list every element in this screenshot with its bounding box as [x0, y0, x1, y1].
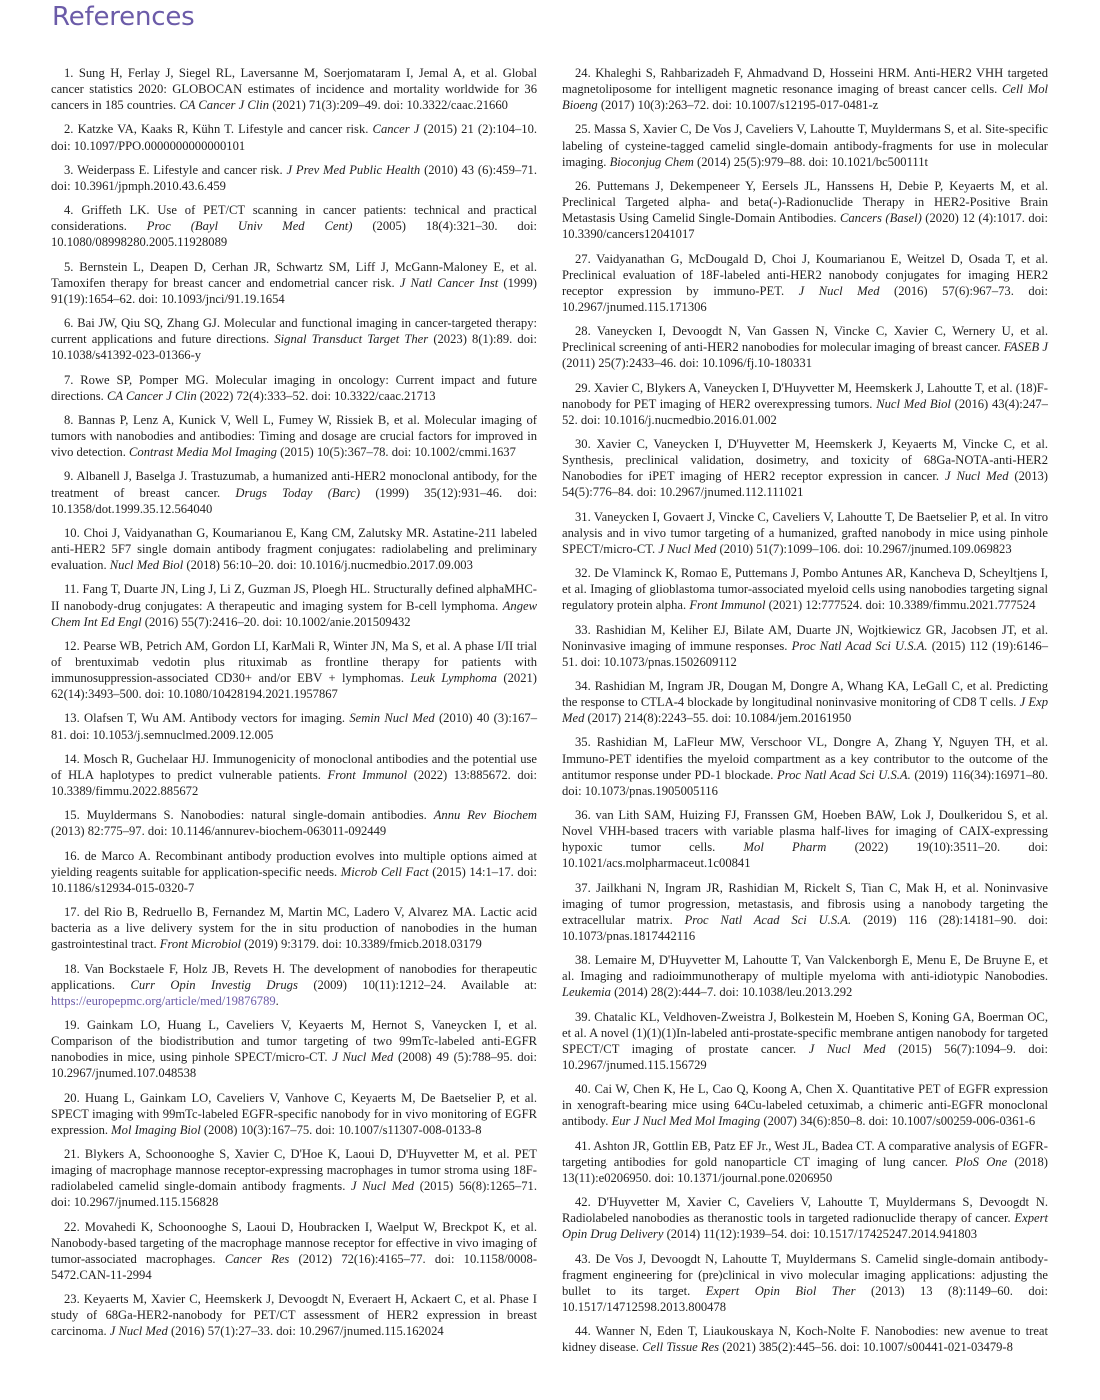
- reference-number: 35.: [575, 735, 591, 749]
- reference-item: 36. van Lith SAM, Huizing FJ, Franssen G…: [562, 807, 1048, 871]
- reference-journal: PloS One: [955, 1155, 1007, 1169]
- reference-details: (2016) 57(1):27–33. doi: 10.2967/jnumed.…: [171, 1324, 444, 1338]
- reference-item: 28. Vaneycken I, Devoogdt N, Van Gassen …: [562, 323, 1048, 371]
- reference-journal: Curr Opin Investig Drugs: [130, 978, 297, 992]
- reference-item: 20. Huang L, Gainkam LO, Caveliers V, Va…: [51, 1090, 537, 1138]
- reference-details: (2017) 10(3):263–72. doi: 10.1007/s12195…: [601, 98, 878, 112]
- reference-details: (2010) 51(7):1099–106. doi: 10.2967/jnum…: [720, 542, 1012, 556]
- reference-number: 38.: [575, 953, 591, 967]
- reference-item: 43. De Vos J, Devoogdt N, Lahoutte T, Mu…: [562, 1251, 1048, 1315]
- reference-journal: Mol Imaging Biol: [111, 1123, 201, 1137]
- reference-item: 14. Mosch R, Guchelaar HJ. Immunogenicit…: [51, 751, 537, 799]
- reference-number: 19.: [64, 1018, 80, 1032]
- reference-details: (2018) 56:10–20. doi: 10.1016/j.nucmedbi…: [186, 558, 473, 572]
- reference-number: 27.: [575, 252, 591, 266]
- reference-number: 14.: [64, 752, 80, 766]
- reference-journal: Microb Cell Fact: [341, 865, 429, 879]
- reference-item: 7. Rowe SP, Pomper MG. Molecular imaging…: [51, 372, 537, 404]
- reference-item: 31. Vaneycken I, Govaert J, Vincke C, Ca…: [562, 509, 1048, 557]
- reference-journal: Contrast Media Mol Imaging: [129, 445, 277, 459]
- references-column-left: 1. Sung H, Ferlay J, Siegel RL, Laversan…: [51, 65, 537, 1348]
- reference-item: 19. Gainkam LO, Huang L, Caveliers V, Ke…: [51, 1017, 537, 1081]
- reference-details: (2014) 25(5):979–88. doi: 10.1021/bc5001…: [697, 155, 928, 169]
- reference-number: 12.: [64, 639, 80, 653]
- reference-journal: J Nucl Med: [945, 469, 1009, 483]
- reference-journal: Nucl Med Biol: [110, 558, 183, 572]
- reference-item: 9. Albanell J, Baselga J. Trastuzumab, a…: [51, 468, 537, 516]
- reference-number: 1.: [64, 66, 73, 80]
- reference-details: (2007) 34(6):850–8. doi: 10.1007/s00259-…: [763, 1114, 1035, 1128]
- reference-number: 30.: [575, 437, 591, 451]
- reference-details: (2014) 28(2):444–7. doi: 10.1038/leu.201…: [614, 985, 852, 999]
- reference-journal: Signal Transduct Target Ther: [274, 332, 428, 346]
- reference-number: 3.: [64, 163, 73, 177]
- reference-item: 18. Van Bockstaele F, Holz JB, Revets H.…: [51, 961, 537, 1009]
- reference-item: 42. D'Huyvetter M, Xavier C, Caveliers V…: [562, 1194, 1048, 1242]
- reference-number: 11.: [64, 582, 79, 596]
- reference-tail: .: [276, 994, 279, 1008]
- reference-text: Khaleghi S, Rahbarizadeh F, Ahmadvand D,…: [562, 66, 1048, 96]
- reference-journal: J Nucl Med: [110, 1324, 168, 1338]
- reference-details: (2017) 214(8):2243–55. doi: 10.1084/jem.…: [588, 711, 852, 725]
- reference-item: 6. Bai JW, Qiu SQ, Zhang GJ. Molecular a…: [51, 315, 537, 363]
- reference-journal: J Nucl Med: [799, 284, 880, 298]
- reference-journal: Cancer Res: [225, 1252, 289, 1266]
- reference-number: 15.: [64, 808, 80, 822]
- reference-text: Fang T, Duarte JN, Ling J, Li Z, Guzman …: [51, 582, 537, 612]
- reference-number: 17.: [64, 905, 80, 919]
- reference-item: 40. Cai W, Chen K, He L, Cao Q, Koong A,…: [562, 1081, 1048, 1129]
- reference-item: 34. Rashidian M, Ingram JR, Dougan M, Do…: [562, 678, 1048, 726]
- reference-journal: Drugs Today (Barc): [235, 486, 360, 500]
- reference-item: 5. Bernstein L, Deapen D, Cerhan JR, Sch…: [51, 259, 537, 307]
- reference-journal: Leuk Lymphoma: [410, 671, 497, 685]
- page-title: References: [52, 2, 194, 32]
- reference-text: D'Huyvetter M, Xavier C, Caveliers V, La…: [562, 1195, 1048, 1225]
- reference-journal: Cancers (Basel): [840, 211, 922, 225]
- reference-item: 41. Ashton JR, Gottlin EB, Patz EF Jr., …: [562, 1138, 1048, 1186]
- reference-details: (2014) 11(12):1939–54. doi: 10.1517/1742…: [667, 1227, 978, 1241]
- reference-item: 38. Lemaire M, D'Huyvetter M, Lahoutte T…: [562, 952, 1048, 1000]
- reference-item: 23. Keyaerts M, Xavier C, Heemskerk J, D…: [51, 1291, 537, 1339]
- reference-text: Rashidian M, Ingram JR, Dougan M, Dongre…: [562, 679, 1048, 709]
- reference-number: 28.: [575, 324, 591, 338]
- reference-number: 26.: [575, 179, 591, 193]
- reference-item: 44. Wanner N, Eden T, Liaukouskaya N, Ko…: [562, 1323, 1048, 1355]
- reference-number: 29.: [575, 381, 591, 395]
- reference-journal: Proc (Bayl Univ Med Cent): [147, 219, 353, 233]
- reference-text: Lemaire M, D'Huyvetter M, Lahoutte T, Va…: [562, 953, 1048, 983]
- reference-item: 15. Muyldermans S. Nanobodies: natural s…: [51, 807, 537, 839]
- reference-details: (2008) 10(3):167–75. doi: 10.1007/s11307…: [204, 1123, 482, 1137]
- reference-journal: Front Microbiol: [160, 937, 241, 951]
- reference-journal: Proc Natl Acad Sci U.S.A.: [792, 639, 928, 653]
- reference-journal: Mol Pharm: [744, 840, 827, 854]
- reference-item: 26. Puttemans J, Dekempeneer Y, Eersels …: [562, 178, 1048, 242]
- reference-details: (2021) 71(3):209–49. doi: 10.3322/caac.2…: [272, 98, 508, 112]
- reference-details: (2011) 25(7):2433–46. doi: 10.1096/fj.10…: [562, 356, 812, 370]
- reference-item: 10. Choi J, Vaidyanathan G, Koumarianou …: [51, 525, 537, 573]
- reference-number: 34.: [575, 679, 591, 693]
- reference-item: 24. Khaleghi S, Rahbarizadeh F, Ahmadvan…: [562, 65, 1048, 113]
- reference-journal: Front Immunol: [328, 768, 408, 782]
- reference-journal: Proc Natl Acad Sci U.S.A.: [685, 913, 852, 927]
- reference-item: 39. Chatalic KL, Veldhoven-Zweistra J, B…: [562, 1009, 1048, 1073]
- reference-item: 22. Movahedi K, Schoonooghe S, Laoui D, …: [51, 1219, 537, 1283]
- reference-number: 41.: [575, 1139, 591, 1153]
- reference-journal: FASEB J: [1004, 340, 1048, 354]
- reference-item: 35. Rashidian M, LaFleur MW, Verschoor V…: [562, 734, 1048, 798]
- reference-journal: J Natl Cancer Inst: [400, 276, 499, 290]
- reference-journal: Proc Natl Acad Sci U.S.A.: [777, 768, 911, 782]
- reference-number: 44.: [575, 1324, 591, 1338]
- reference-number: 32.: [575, 566, 591, 580]
- reference-journal: CA Cancer J Clin: [179, 98, 269, 112]
- reference-number: 33.: [575, 623, 591, 637]
- reference-number: 43.: [575, 1252, 591, 1266]
- reference-journal: J Nucl Med: [351, 1179, 414, 1193]
- reference-details: (2021) 385(2):445–56. doi: 10.1007/s0044…: [722, 1340, 1013, 1354]
- reference-details: (2016) 55(7):2416–20. doi: 10.1002/anie.…: [145, 615, 411, 629]
- reference-item: 11. Fang T, Duarte JN, Ling J, Li Z, Guz…: [51, 581, 537, 629]
- reference-number: 40.: [575, 1082, 591, 1096]
- reference-number: 8.: [64, 413, 73, 427]
- reference-link[interactable]: https://europepmc.org/article/med/198767…: [51, 994, 276, 1008]
- reference-number: 5.: [64, 260, 73, 274]
- reference-number: 25.: [575, 122, 591, 136]
- reference-item: 16. de Marco A. Recombinant antibody pro…: [51, 848, 537, 896]
- reference-number: 24.: [575, 66, 591, 80]
- reference-journal: Leukemia: [562, 985, 611, 999]
- reference-item: 32. De Vlaminck K, Romao E, Puttemans J,…: [562, 565, 1048, 613]
- reference-journal: J Prev Med Public Health: [286, 163, 420, 177]
- reference-number: 21.: [64, 1147, 80, 1161]
- reference-number: 6.: [64, 316, 73, 330]
- reference-journal: J Nucl Med: [658, 542, 716, 556]
- reference-journal: Bioconjug Chem: [610, 155, 694, 169]
- reference-details: (2022) 72(4):333–52. doi: 10.3322/caac.2…: [200, 389, 436, 403]
- reference-journal: Eur J Nucl Med Mol Imaging: [612, 1114, 761, 1128]
- reference-number: 16.: [64, 849, 80, 863]
- reference-text: Olafsen T, Wu AM. Antibody vectors for i…: [84, 711, 345, 725]
- reference-journal: Nucl Med Biol: [876, 397, 951, 411]
- reference-item: 13. Olafsen T, Wu AM. Antibody vectors f…: [51, 710, 537, 742]
- reference-item: 25. Massa S, Xavier C, De Vos J, Cavelie…: [562, 121, 1048, 169]
- reference-item: 2. Katzke VA, Kaaks R, Kühn T. Lifestyle…: [51, 121, 537, 153]
- reference-journal: J Nucl Med: [809, 1042, 886, 1056]
- reference-number: 10.: [64, 526, 80, 540]
- reference-journal: Semin Nucl Med: [349, 711, 434, 725]
- reference-details: (2019) 9:3179. doi: 10.3389/fmicb.2018.0…: [244, 937, 482, 951]
- reference-number: 37.: [575, 881, 591, 895]
- reference-number: 9.: [64, 469, 73, 483]
- reference-number: 22.: [64, 1220, 80, 1234]
- reference-number: 31.: [575, 510, 591, 524]
- reference-text: Muyldermans S. Nanobodies: natural singl…: [87, 808, 427, 822]
- reference-journal: Cancer J: [373, 122, 420, 136]
- reference-text: Vaneycken I, Devoogdt N, Van Gassen N, V…: [562, 324, 1048, 354]
- reference-number: 20.: [64, 1091, 80, 1105]
- reference-number: 2.: [64, 122, 73, 136]
- reference-number: 42.: [575, 1195, 591, 1209]
- reference-item: 33. Rashidian M, Keliher EJ, Bilate AM, …: [562, 622, 1048, 670]
- reference-item: 27. Vaidyanathan G, McDougald D, Choi J,…: [562, 251, 1048, 315]
- reference-item: 8. Bannas P, Lenz A, Kunick V, Well L, F…: [51, 412, 537, 460]
- reference-item: 30. Xavier C, Vaneycken I, D'Huyvetter M…: [562, 436, 1048, 500]
- reference-item: 21. Blykers A, Schoonooghe S, Xavier C, …: [51, 1146, 537, 1210]
- reference-details: (2009) 10(11):1212–24. Available at:: [313, 978, 537, 992]
- reference-details: (2021) 12:777524. doi: 10.3389/fimmu.202…: [769, 598, 1036, 612]
- reference-number: 7.: [64, 373, 73, 387]
- reference-details: (2013) 82:775–97. doi: 10.1146/annurev-b…: [51, 824, 386, 838]
- reference-item: 1. Sung H, Ferlay J, Siegel RL, Laversan…: [51, 65, 537, 113]
- reference-number: 36.: [575, 808, 591, 822]
- reference-journal: Expert Opin Biol Ther: [706, 1284, 856, 1298]
- reference-item: 3. Weiderpass E. Lifestyle and cancer ri…: [51, 162, 537, 194]
- reference-item: 4. Griffeth LK. Use of PET/CT scanning i…: [51, 202, 537, 250]
- reference-number: 18.: [64, 962, 80, 976]
- reference-number: 4.: [64, 203, 73, 217]
- reference-journal: Front Immunol: [689, 598, 765, 612]
- reference-item: 29. Xavier C, Blykers A, Vaneycken I, D'…: [562, 380, 1048, 428]
- reference-text: Katzke VA, Kaaks R, Kühn T. Lifestyle an…: [78, 122, 369, 136]
- reference-journal: Cell Tissue Res: [642, 1340, 719, 1354]
- reference-text: Weiderpass E. Lifestyle and cancer risk.: [77, 163, 283, 177]
- reference-journal: J Nucl Med: [332, 1050, 393, 1064]
- reference-details: (2015) 10(5):367–78. doi: 10.1002/cmmi.1…: [280, 445, 516, 459]
- reference-number: 23.: [64, 1292, 80, 1306]
- reference-item: 17. del Rio B, Redruello B, Fernandez M,…: [51, 904, 537, 952]
- reference-number: 13.: [64, 711, 80, 725]
- references-column-right: 24. Khaleghi S, Rahbarizadeh F, Ahmadvan…: [562, 65, 1048, 1364]
- reference-item: 12. Pearse WB, Petrich AM, Gordon LI, Ka…: [51, 638, 537, 702]
- reference-item: 37. Jailkhani N, Ingram JR, Rashidian M,…: [562, 880, 1048, 944]
- reference-journal: CA Cancer J Clin: [107, 389, 197, 403]
- reference-journal: Annu Rev Biochem: [434, 808, 537, 822]
- reference-number: 39.: [575, 1010, 591, 1024]
